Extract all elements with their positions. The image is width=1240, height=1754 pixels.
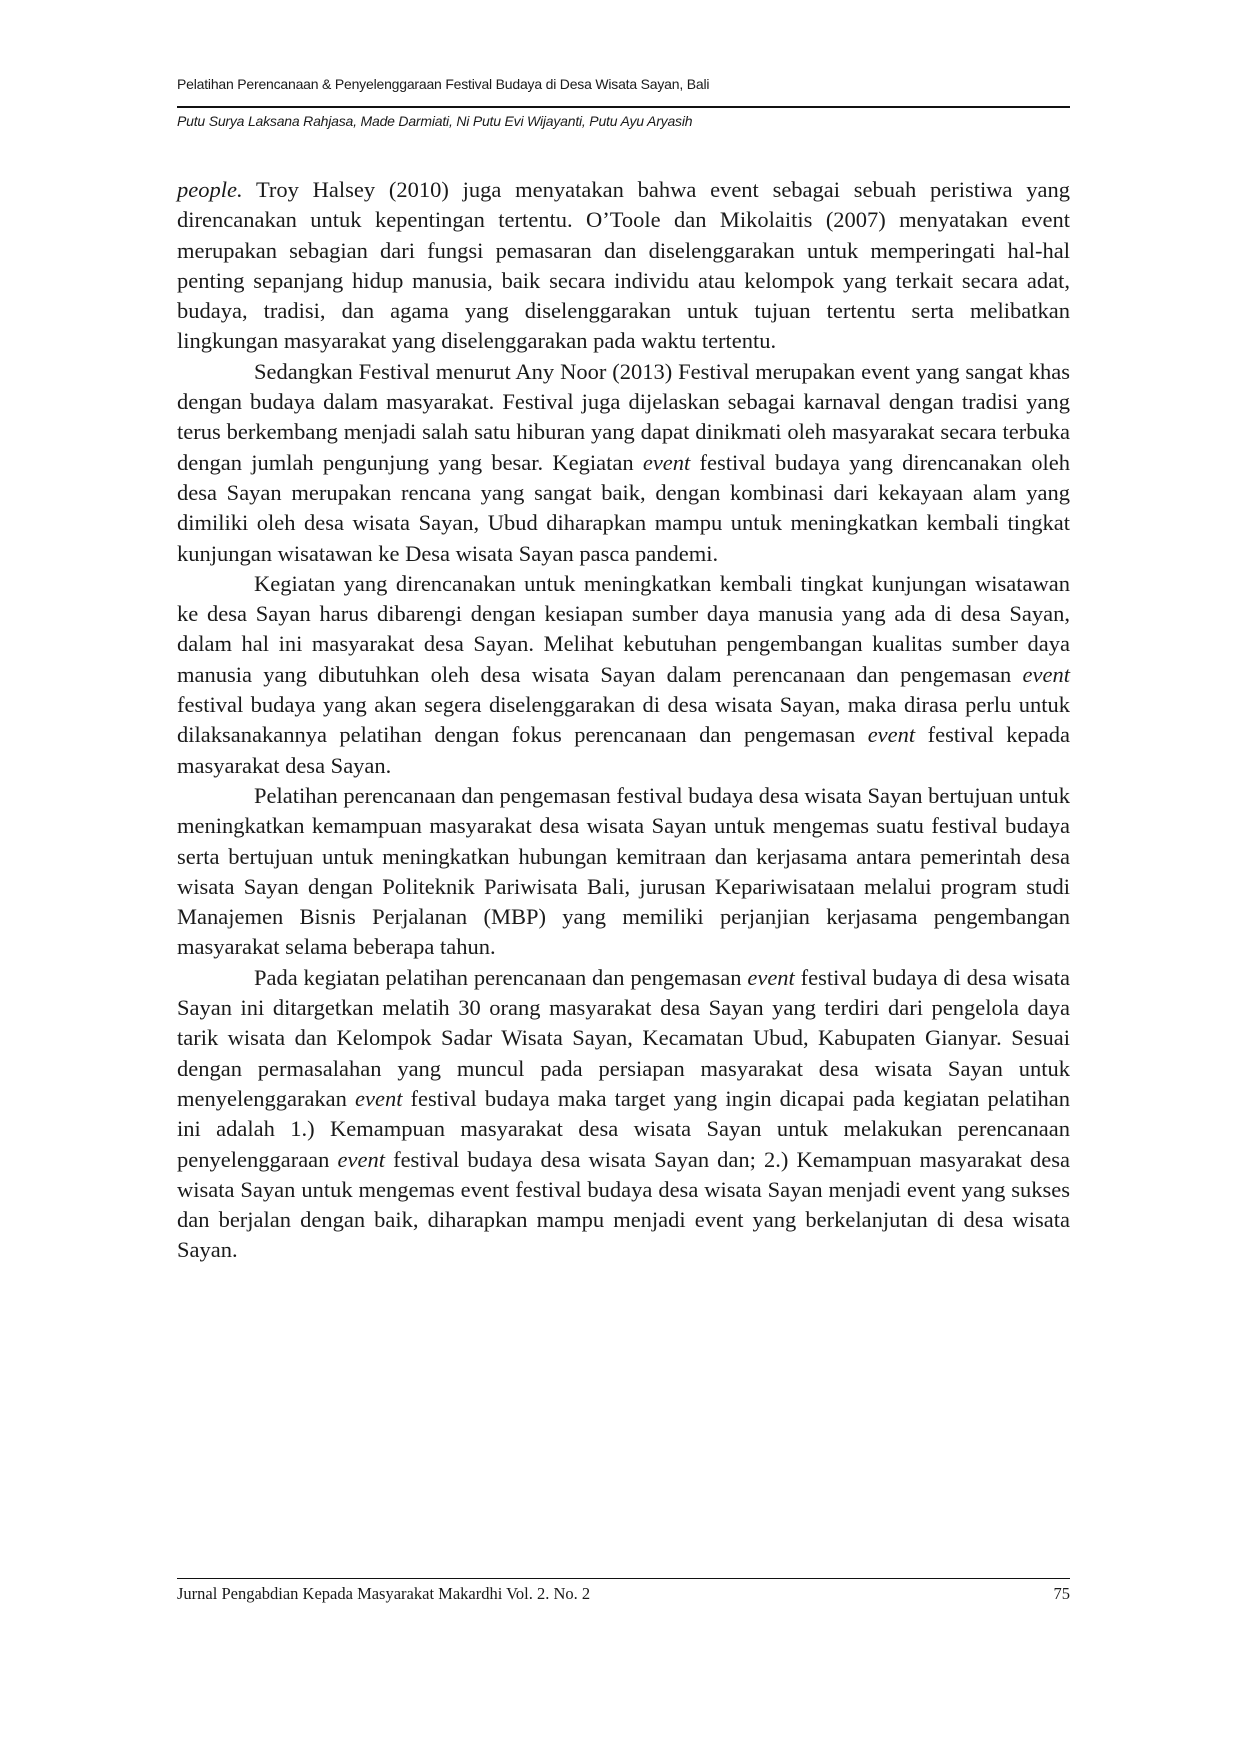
running-head: Pelatihan Perencanaan & Penyelenggaraan … [177,74,1070,131]
footer-divider [177,1578,1070,1579]
italic-term: event [643,450,690,475]
body-text: people. Troy Halsey (2010) juga menyatak… [177,175,1070,1266]
journal-name: Jurnal Pengabdian Kepada Masyarakat Maka… [177,1582,590,1606]
page-footer: Jurnal Pengabdian Kepada Masyarakat Maka… [177,1578,1070,1606]
paragraph-1: people. Troy Halsey (2010) juga menyatak… [177,175,1070,357]
running-head-title: Pelatihan Perencanaan & Penyelenggaraan … [177,74,1070,94]
italic-term: event [747,965,794,990]
italic-term: event [1023,662,1070,687]
italic-term: event [868,722,915,747]
page-number: 75 [1054,1582,1071,1606]
paragraph-5: Pada kegiatan pelatihan perencanaan dan … [177,963,1070,1266]
header-divider [177,106,1070,108]
document-page: Pelatihan Perencanaan & Penyelenggaraan … [0,0,1240,1754]
italic-term: people. [177,177,243,202]
italic-term: event [338,1147,385,1172]
paragraph-4: Pelatihan perencanaan dan pengemasan fes… [177,781,1070,963]
paragraph-2: Sedangkan Festival menurut Any Noor (201… [177,357,1070,569]
running-head-authors: Putu Surya Laksana Rahjasa, Made Darmiat… [177,111,1070,131]
italic-term: event [355,1086,402,1111]
paragraph-3: Kegiatan yang direncanakan untuk meningk… [177,569,1070,781]
